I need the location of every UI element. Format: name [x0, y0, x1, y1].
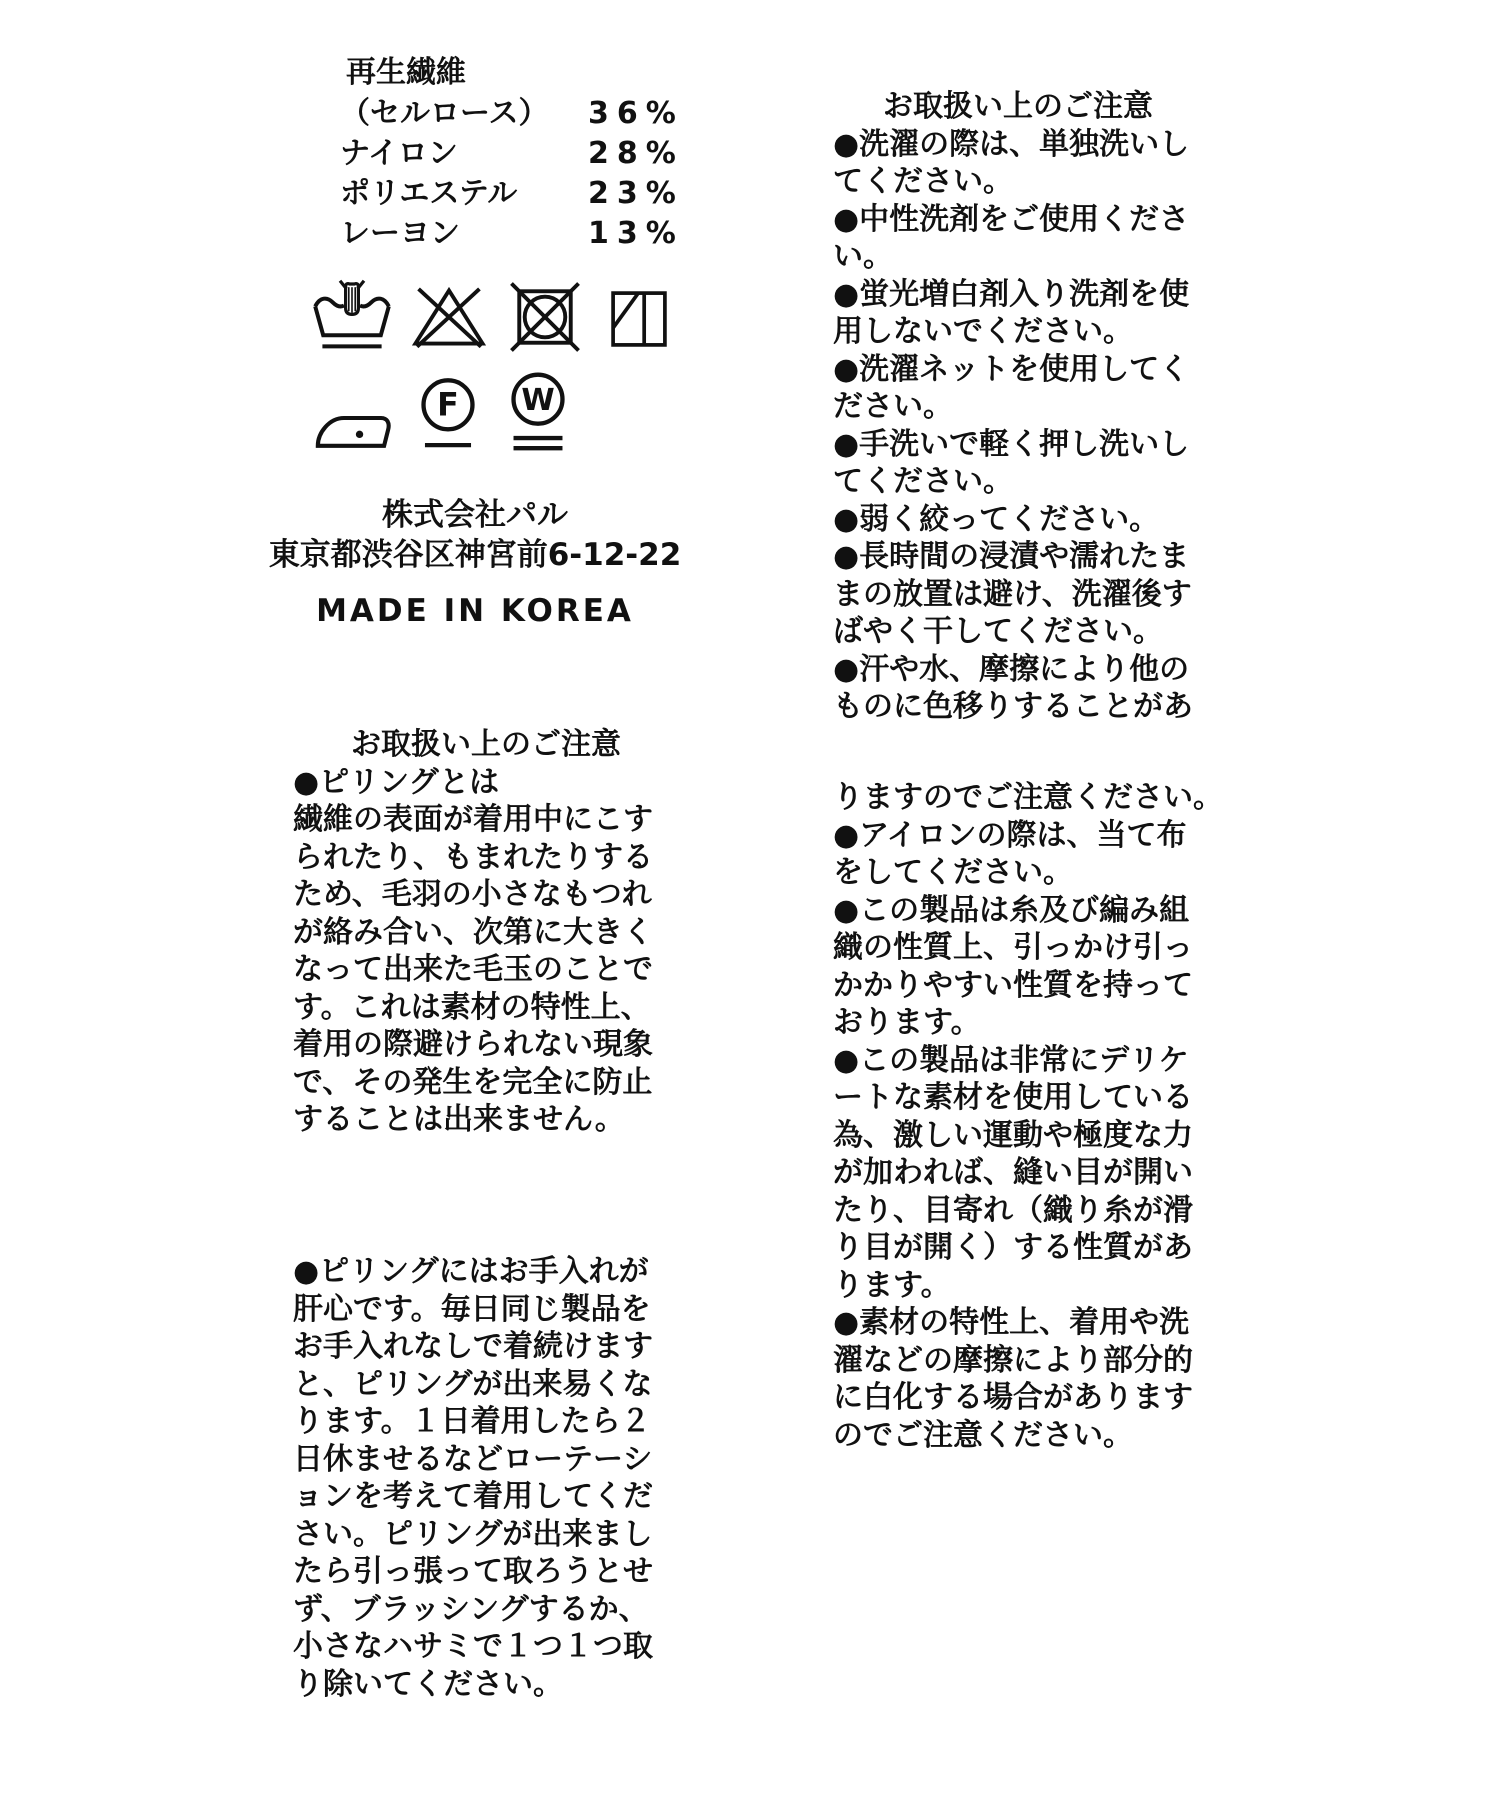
- text-line: ●長時間の浸漬や濡れたま: [833, 538, 1233, 576]
- notice-body: ●洗濯の際は、単独洗いしてください。●中性洗剤をご使用ください。●蛍光増白剤入り…: [833, 126, 1233, 726]
- text-line: ョンを考えて着用してくだ: [293, 1478, 693, 1516]
- text-line: い。: [833, 238, 1233, 276]
- fiber-row: レーヨン13%: [340, 214, 684, 254]
- text-line: ●ピリングとは: [293, 764, 693, 802]
- text-line: てください。: [833, 463, 1233, 501]
- text-line: まの放置は避け、洗濯後す: [833, 576, 1233, 614]
- text-line: ります。: [833, 1267, 1233, 1305]
- care-symbols-row-1: [312, 276, 676, 356]
- text-line: お手入れなしで着続けます: [293, 1328, 693, 1366]
- hand-wash-gentle-icon: [312, 276, 392, 356]
- fiber-name: （セルロース）: [340, 94, 588, 134]
- fiber-row: （セルロース）36%: [340, 94, 684, 134]
- text-line: のでご注意ください。: [833, 1417, 1233, 1455]
- company-info: 株式会社パル 東京都渋谷区神宮前6-12-22 MADE IN KOREA: [250, 495, 700, 631]
- company-address: 東京都渋谷区神宮前6-12-22: [250, 535, 700, 575]
- text-line: 日休ませるなどローテーシ: [293, 1441, 693, 1479]
- text-line: 着用の際避けられない現象: [293, 1026, 693, 1064]
- wet-clean-very-gentle-icon: W: [502, 366, 574, 454]
- text-line: ださい。: [833, 388, 1233, 426]
- text-line: ず、ブラッシングするか、: [293, 1591, 693, 1629]
- fiber-name: レーヨン: [340, 214, 588, 254]
- text-line: おります。: [833, 1004, 1233, 1042]
- text-line: ばやく干してください。: [833, 613, 1233, 651]
- pilling-notice: お取扱い上のご注意 ●ピリングとは繊維の表面が着用中にこすられたり、もまれたりす…: [293, 726, 693, 1139]
- text-line: ●この製品は糸及び編み組: [833, 892, 1233, 930]
- text-line: ●蛍光増白剤入り洗剤を使: [833, 276, 1233, 314]
- fiber-percentage: 28%: [588, 136, 684, 171]
- country-of-origin: MADE IN KOREA: [250, 591, 700, 631]
- text-line: が加われば、縫い目が開い: [833, 1154, 1233, 1192]
- text-line: ため、毛羽の小さなもつれ: [293, 876, 693, 914]
- text-line: ●弱く絞ってください。: [833, 501, 1233, 539]
- text-line: ●汗や水、摩擦により他の: [833, 651, 1233, 689]
- fiber-row: ポリエステル23%: [340, 174, 684, 214]
- text-line: 繊維の表面が着用中にこす: [293, 801, 693, 839]
- fiber-percentage: 23%: [588, 176, 684, 211]
- do-not-bleach-icon: [410, 278, 488, 356]
- text-line: す。これは素材の特性上、: [293, 989, 693, 1027]
- care-symbols-row-2: F W: [312, 366, 676, 454]
- text-line: ートな素材を使用している: [833, 1079, 1233, 1117]
- text-line: てください。: [833, 163, 1233, 201]
- do-not-tumble-dry-icon: [506, 278, 584, 356]
- text-line: り除いてください。: [293, 1666, 693, 1704]
- text-line: 用しないでください。: [833, 313, 1233, 351]
- svg-text:F: F: [437, 388, 459, 424]
- text-line: をしてください。: [833, 854, 1233, 892]
- text-line: ります。１日着用したら２: [293, 1403, 693, 1441]
- text-line: ●素材の特性上、着用や洗: [833, 1304, 1233, 1342]
- text-line: さい。ピリングが出来まし: [293, 1516, 693, 1554]
- text-line: ものに色移りすることがあ: [833, 688, 1233, 726]
- fiber-composition-title: 再生繊維: [340, 52, 684, 94]
- notice-body: ●ピリングとは繊維の表面が着用中にこすられたり、もまれたりするため、毛羽の小さな…: [293, 764, 693, 1139]
- text-line: ●アイロンの際は、当て布: [833, 817, 1233, 855]
- text-line: りますのでご注意ください。: [833, 779, 1233, 817]
- company-name: 株式会社パル: [250, 495, 700, 535]
- text-line: に白化する場合があります: [833, 1379, 1233, 1417]
- care-notice-bottom-right: りますのでご注意ください。●アイロンの際は、当て布をしてください。●この製品は糸…: [833, 779, 1233, 1454]
- iron-low-icon: [312, 382, 394, 454]
- notice-title: お取扱い上のご注意: [833, 88, 1233, 126]
- text-line: たり、目寄れ（織り糸が滑: [833, 1192, 1233, 1230]
- text-line: なって出来た毛玉のことで: [293, 951, 693, 989]
- notice-title: お取扱い上のご注意: [293, 726, 693, 764]
- text-line: 為、激しい運動や極度な力: [833, 1117, 1233, 1155]
- text-line: ●ピリングにはお手入れが: [293, 1253, 693, 1291]
- text-line: ●中性洗剤をご使用くださ: [833, 201, 1233, 239]
- notice-body: ●ピリングにはお手入れが肝心です。毎日同じ製品をお手入れなしで着続けますと、ピリ…: [293, 1253, 693, 1703]
- text-line: かかりやすい性質を持って: [833, 967, 1233, 1005]
- pilling-care-notice: ●ピリングにはお手入れが肝心です。毎日同じ製品をお手入れなしで着続けますと、ピリ…: [293, 1253, 693, 1703]
- text-line: 小さなハサミで１つ１つ取: [293, 1628, 693, 1666]
- care-notice-top-right: お取扱い上のご注意 ●洗濯の際は、単独洗いしてください。●中性洗剤をご使用くださ…: [833, 88, 1233, 726]
- care-label-sheet: 再生繊維 （セルロース）36%ナイロン28%ポリエステル23%レーヨン13%: [0, 0, 1500, 1800]
- text-line: で、その発生を完全に防止: [293, 1064, 693, 1102]
- fiber-name: ポリエステル: [340, 174, 588, 214]
- fiber-name: ナイロン: [340, 134, 588, 174]
- care-symbols: F W: [312, 276, 676, 454]
- text-line: ●手洗いで軽く押し洗いし: [833, 426, 1233, 464]
- text-line: することは出来ません。: [293, 1101, 693, 1139]
- fiber-percentage: 13%: [588, 216, 684, 251]
- text-line: 濯などの摩擦により部分的: [833, 1342, 1233, 1380]
- dry-clean-f-gentle-icon: F: [412, 370, 484, 454]
- fiber-composition: 再生繊維 （セルロース）36%ナイロン28%ポリエステル23%レーヨン13%: [340, 52, 684, 254]
- text-line: ●洗濯ネットを使用してく: [833, 351, 1233, 389]
- fiber-row: ナイロン28%: [340, 134, 684, 174]
- text-line: 肝心です。毎日同じ製品を: [293, 1291, 693, 1329]
- text-line: 織の性質上、引っかけ引っ: [833, 929, 1233, 967]
- shade-hang-dry-icon: [602, 282, 676, 356]
- svg-text:W: W: [521, 383, 554, 418]
- text-line: り目が開く）する性質があ: [833, 1229, 1233, 1267]
- fiber-composition-rows: （セルロース）36%ナイロン28%ポリエステル23%レーヨン13%: [340, 94, 684, 254]
- text-line: られたり、もまれたりする: [293, 839, 693, 877]
- text-line: ●洗濯の際は、単独洗いし: [833, 126, 1233, 164]
- fiber-percentage: 36%: [588, 96, 684, 131]
- text-line: たら引っ張って取ろうとせ: [293, 1553, 693, 1591]
- text-line: が絡み合い、次第に大きく: [293, 914, 693, 952]
- text-line: と、ピリングが出来易くな: [293, 1366, 693, 1404]
- text-line: ●この製品は非常にデリケ: [833, 1042, 1233, 1080]
- notice-body: りますのでご注意ください。●アイロンの際は、当て布をしてください。●この製品は糸…: [833, 779, 1233, 1454]
